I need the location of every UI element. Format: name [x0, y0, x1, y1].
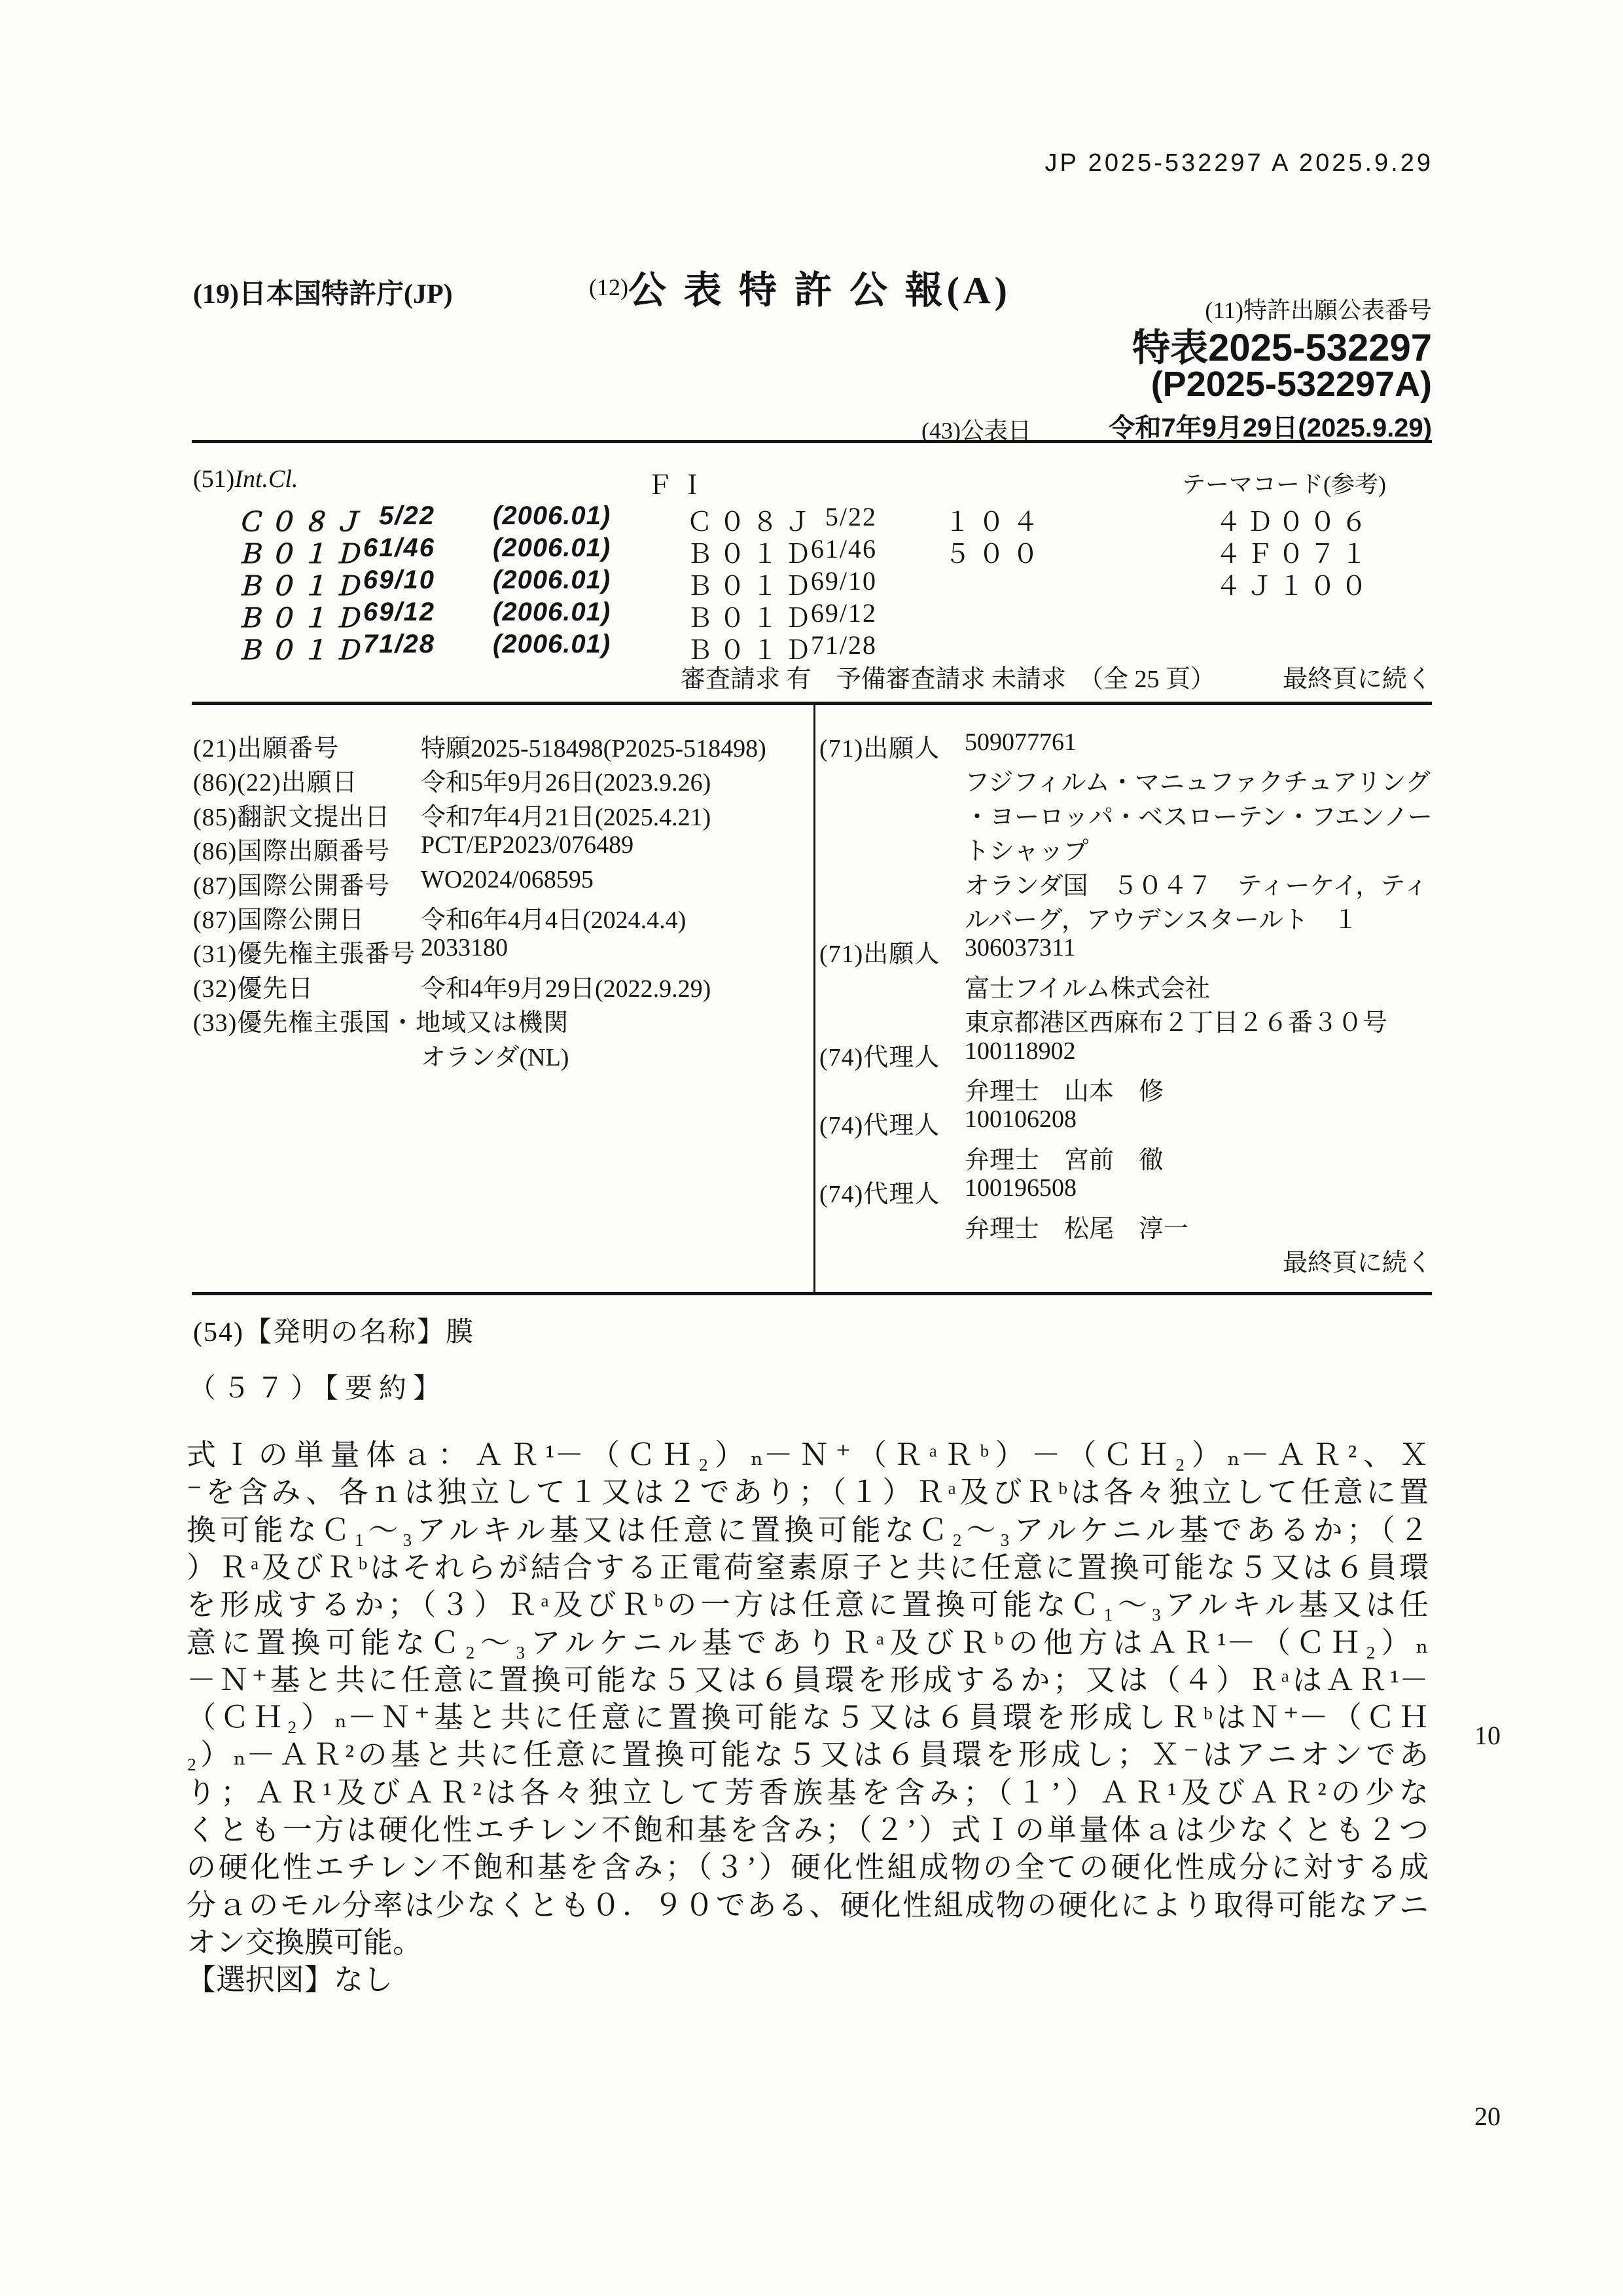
biblio-row: 東京都港区西麻布２丁目２６番３０号	[819, 1002, 1432, 1036]
abstract-line: 意に置換可能なＣ₂～₃アルケニル基でありＲᵃ及びＲᵇの他方はＡＲ¹－（ＣＨ₂）ₙ	[187, 1619, 1429, 1656]
abstract-line: り；ＡＲ¹及びＡＲ²は各々独立して芳香族基を含み；（１’）ＡＲ¹及びＡＲ²の少な	[187, 1768, 1429, 1806]
biblio-row: 弁理士 宮前 徹	[819, 1139, 1432, 1174]
biblio-field-label: (31)優先権主張番号	[193, 933, 416, 969]
biblio-field-value: 弁理士 松尾 淳一	[965, 1208, 1188, 1244]
biblio-row: ルバーグ，アウデンスタールト １	[819, 899, 1432, 933]
abstract-line: ）Ｒᵃ及びＲᵇはそれらが結合する正電荷窒素原子と共に任意に置換可能な５又は６員環	[187, 1543, 1429, 1581]
biblio-field-label: (71)出願人	[819, 933, 940, 969]
ipc-class-number: 69/12	[304, 598, 435, 627]
abstract-line: 【選択図】なし	[187, 1956, 1429, 1993]
abstract-heading: （５７）【要約】	[188, 1367, 447, 1406]
ipc-class-number: 69/10	[304, 565, 435, 595]
ipc-row: Ｃ０８Ｊ5/22(2006.01)Ｃ０８Ｊ5/22１０４４Ｄ００６	[193, 501, 1432, 533]
biblio-field-label: (74)代理人	[819, 1037, 940, 1073]
biblio-field-value: オランダ国 ５０４７ ティーケイ，ティ	[965, 865, 1428, 901]
intcl-header-label: Int.Cl.	[234, 465, 298, 493]
examination-request-text: 審査請求 有 予備審査請求 未請求 （全 25 頁）	[681, 658, 1215, 694]
ipc-row: Ｂ０１Ｄ61/46(2006.01)Ｂ０１Ｄ61/46５００４Ｆ０７１	[193, 533, 1432, 565]
horizontal-rule-bottom	[192, 1292, 1432, 1295]
biblio-left-column: (21)出願番号特願2025-518498(P2025-518498)(86)(…	[193, 728, 802, 1291]
biblio-row: オランダ国 ５０４７ ティーケイ，ティ	[819, 865, 1432, 899]
biblio-field-value: オランダ(NL)	[421, 1037, 569, 1073]
biblio-field-value: 令和6年4月4日(2024.4.4)	[421, 899, 686, 935]
biblio-row: (33)優先権主張国・地域又は機関	[193, 1002, 802, 1036]
gazette-title-prefix: (12)	[589, 274, 628, 300]
biblio-row: (74)代理人100106208	[819, 1105, 1432, 1139]
biblio-field-label: (74)代理人	[819, 1174, 940, 1210]
abstract-line: －Ｎ⁺基と共に任意に置換可能な５又は６員環を形成するか；又は（４）ＲᵃはＡＲ¹－	[187, 1656, 1429, 1693]
biblio-row: トシャップ	[819, 831, 1432, 865]
biblio-field-label: (87)国際公開番号	[193, 865, 390, 901]
biblio-field-label: (32)優先日	[193, 968, 313, 1004]
biblio-field-value: 特願2025-518498(P2025-518498)	[421, 728, 766, 764]
biblio-row: 弁理士 松尾 淳一	[819, 1208, 1432, 1242]
abstract-line: くとも一方は硬化性エチレン不飽和基を含み；（２’）式Ｉの単量体ａは少なくとも２つ	[187, 1806, 1429, 1843]
fi-class-number: 5/22	[769, 501, 877, 532]
biblio-field-value: ・ヨーロッパ・ベスローテン・フエンノー	[965, 797, 1433, 833]
biblio-row: (31)優先権主張番号2033180	[193, 933, 802, 967]
biblio-field-label: (86)(22)出願日	[193, 762, 358, 798]
biblio-row: (86)(22)出願日令和5年9月26日(2023.9.26)	[193, 762, 802, 796]
biblio-row: (71)出願人306037311	[819, 933, 1432, 967]
biblio-field-value: WO2024/068595	[421, 865, 594, 894]
publication-number-paren: (P2025-532297A)	[1151, 364, 1432, 404]
gazette-title: (12)公 表 特 許 公 報(A)	[589, 259, 1011, 314]
biblio-field-value: 2033180	[421, 933, 508, 962]
ipc-table-rows: Ｃ０８Ｊ5/22(2006.01)Ｃ０８Ｊ5/22１０４４Ｄ００６Ｂ０１Ｄ61/…	[193, 501, 1432, 665]
biblio-row: (74)代理人100118902	[819, 1037, 1432, 1071]
biblio-field-value: 509077761	[965, 728, 1077, 757]
biblio-field-label: (71)出願人	[819, 728, 940, 764]
theme-code-header: テーマコード(参考)	[1182, 466, 1386, 499]
abstract-line: ⁻を含み、各ｎは独立して１又は２であり；（１）Ｒᵃ及びＲᵇは各々独立して任意に置	[187, 1468, 1429, 1505]
ipc-class-number: 61/46	[304, 533, 435, 563]
abstract-line: 式Ｉの単量体ａ：ＡＲ¹－（ＣＨ₂）ₙ－Ｎ⁺（ＲᵃＲᵇ）－（ＣＨ₂）ₙ－ＡＲ²、Ｘ	[187, 1431, 1429, 1468]
fi-class-number: 61/46	[769, 533, 877, 564]
biblio-row: 弁理士 山本 修	[819, 1071, 1432, 1105]
patent-gazette-page: JP 2025-532297 A 2025.9.29 (19)日本国特許庁(JP…	[0, 0, 1623, 2296]
ipc-version: (2006.01)	[493, 565, 611, 595]
patent-office-name: (19)日本国特許庁(JP)	[193, 272, 453, 312]
biblio-row: (87)国際公開番号WO2024/068595	[193, 865, 802, 899]
ipc-version: (2006.01)	[493, 598, 611, 627]
biblio-row: 富士フイルム株式会社	[819, 968, 1432, 1002]
biblio-field-value: 令和4年9月29日(2022.9.29)	[421, 968, 711, 1004]
biblio-field-label: (74)代理人	[819, 1105, 940, 1141]
biblio-field-label: (85)翻訳文提出日	[193, 797, 390, 833]
biblio-row: ・ヨーロッパ・ベスローテン・フエンノー	[819, 797, 1432, 831]
biblio-field-value: 令和5年9月26日(2023.9.26)	[421, 762, 711, 798]
biblio-field-value: 100106208	[965, 1105, 1077, 1134]
ipc-row: Ｂ０１Ｄ71/28(2006.01)Ｂ０１Ｄ71/28	[193, 630, 1432, 662]
examination-request-line: 審査請求 有 予備審査請求 未請求 （全 25 頁） 最終頁に続く	[193, 658, 1432, 690]
ipc-row: Ｂ０１Ｄ69/12(2006.01)Ｂ０１Ｄ69/12	[193, 598, 1432, 630]
biblio-field-value: 弁理士 宮前 徹	[965, 1139, 1164, 1175]
continues-on-last-page-note: 最終頁に続く	[1283, 658, 1432, 694]
ipc-class-number: 71/28	[304, 630, 435, 659]
ipc-version: (2006.01)	[493, 501, 611, 531]
ipc-row: Ｂ０１Ｄ69/10(2006.01)Ｂ０１Ｄ69/10４Ｊ１００	[193, 565, 1432, 598]
biblio-field-value: 弁理士 山本 修	[965, 1071, 1164, 1107]
biblio-row: (85)翻訳文提出日令和7年4月21日(2025.4.21)	[193, 797, 802, 831]
intcl-header: (51)Int.Cl.	[193, 465, 298, 493]
biblio-row: (87)国際公開日令和6年4月4日(2024.4.4)	[193, 899, 802, 933]
biblio-field-label: (86)国際出願番号	[193, 831, 390, 867]
fi-class-number: 71/28	[769, 630, 877, 660]
biblio-row: (71)出願人509077761	[819, 728, 1432, 762]
biblio-row: (86)国際出願番号PCT/EP2023/076489	[193, 831, 802, 865]
publication-date: 令和7年9月29日(2025.9.29)	[1109, 407, 1432, 444]
abstract-line: の硬化性エチレン不飽和基を含み；（３’）硬化性組成物の全ての硬化性成分に対する成	[187, 1843, 1429, 1880]
biblio-field-label: (33)優先権主張国・地域又は機関	[193, 1002, 569, 1038]
biblio-right-column: 最終頁に続く (71)出願人509077761フジフィルム・マニュファクチュアリ…	[819, 728, 1432, 1291]
gazette-title-text: 公 表 特 許 公 報(A)	[628, 269, 1011, 312]
abstract-line: ₂）ₙ－ＡＲ²の基と共に任意に置換可能な５又は６員環を形成し；Ｘ⁻はアニオンであ	[187, 1731, 1429, 1768]
biblio-field-value: 100118902	[965, 1037, 1076, 1066]
biblio-row: (32)優先日令和4年9月29日(2022.9.29)	[193, 968, 802, 1002]
fi-header: ＦＩ	[647, 465, 712, 502]
biblio-row: (21)出願番号特願2025-518498(P2025-518498)	[193, 728, 802, 762]
abstract-line: オン交換膜可能。	[187, 1918, 1429, 1956]
horizontal-rule-middle	[192, 702, 1432, 705]
invention-title: (54)【発明の名称】膜	[193, 1310, 474, 1350]
biblio-column-divider	[813, 705, 815, 1292]
biblio-field-value: 令和7年4月21日(2025.4.21)	[421, 797, 711, 833]
abstract-body: 式Ｉの単量体ａ：ＡＲ¹－（ＣＨ₂）ₙ－Ｎ⁺（ＲᵃＲᵇ）－（ＣＨ₂）ₙ－ＡＲ²、Ｘ…	[187, 1431, 1429, 2007]
abstract-line: （ＣＨ₂）ₙ－Ｎ⁺基と共に任意に置換可能な５又は６員環を形成しＲᵇはＮ⁺－（ＣＨ	[187, 1693, 1429, 1731]
abstract-line: を形成するか；（３）Ｒᵃ及びＲᵇの一方は任意に置換可能なＣ₁～₃アルキル基又は任	[187, 1581, 1429, 1618]
biblio-field-label: (87)国際公開日	[193, 899, 365, 935]
abstract-line: 換可能なＣ₁～₃アルキル基又は任意に置換可能なＣ₂～₃アルケニル基であるか；（２	[187, 1506, 1429, 1543]
biblio-field-value: 東京都港区西麻布２丁目２６番３０号	[965, 1002, 1387, 1038]
intcl-header-prefix: (51)	[193, 465, 234, 493]
fi-class-number: 69/12	[769, 598, 877, 628]
biblio-field-value: 富士フイルム株式会社	[965, 968, 1210, 1004]
abstract-line: 分ａのモル分率は少なくとも０．９０である、硬化性組成物の硬化により取得可能なアニ	[187, 1881, 1429, 1918]
biblio-field-value: 306037311	[965, 933, 1076, 962]
fi-class-number: 69/10	[769, 565, 877, 596]
margin-line-number-10: 10	[1474, 1720, 1501, 1751]
ipc-class-number: 5/22	[304, 501, 435, 531]
biblio-field-value: 100196508	[965, 1174, 1077, 1202]
biblio-row: オランダ(NL)	[193, 1037, 802, 1071]
biblio-field-label: (21)出願番号	[193, 728, 339, 764]
biblio-field-value: トシャップ	[965, 831, 1088, 867]
biblio-row: (74)代理人100196508	[819, 1174, 1432, 1208]
biblio-field-value: PCT/EP2023/076489	[421, 831, 633, 859]
page-header-doc-id: JP 2025-532297 A 2025.9.29	[1044, 149, 1433, 177]
horizontal-rule-top	[192, 440, 1432, 443]
margin-line-number-20: 20	[1474, 2101, 1501, 2132]
ipc-version: (2006.01)	[493, 630, 611, 659]
biblio-field-value: ルバーグ，アウデンスタールト １	[965, 899, 1358, 935]
biblio-field-value: フジフィルム・マニュファクチュアリング	[965, 762, 1431, 798]
biblio-row: フジフィルム・マニュファクチュアリング	[819, 762, 1432, 796]
continues-on-last-page-note: 最終頁に続く	[1283, 1242, 1432, 1278]
ipc-version: (2006.01)	[493, 533, 611, 563]
